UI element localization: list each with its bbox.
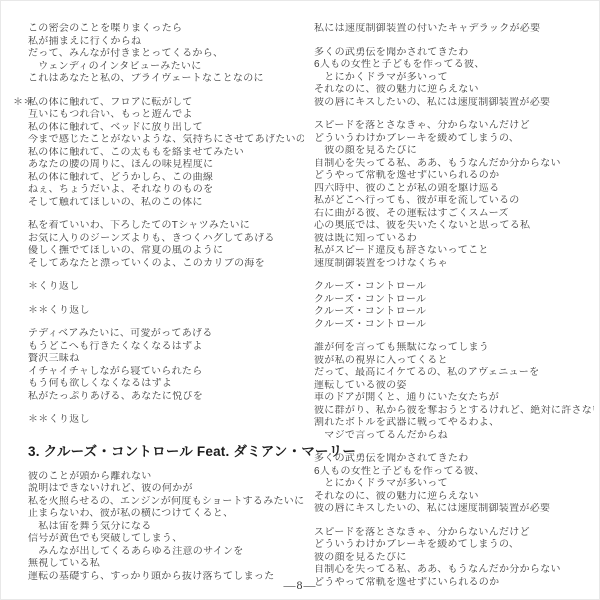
lyric-line: 私がたっぷりあげる、あなたに悦びを (28, 391, 304, 404)
lyric-line: もうどこへも行きたくなくなるはずよ (28, 341, 304, 354)
lyric-line: マジで言ってるんだからね (314, 430, 594, 443)
lyric-stanza: 誰が何を言っても無駄になってしまう彼が私の視界に入ってくるとだって、最高にイケて… (314, 342, 594, 442)
lyric-line: 彼が私の視界に入ってくると (314, 355, 594, 368)
lyric-line: ねぇ、ちょうだいよ、それなりのものを (28, 184, 304, 197)
lyric-line: 無視している私 (28, 558, 304, 571)
lyric-line: 彼のことが頭から離れない (28, 471, 304, 484)
lyric-line: だって、最高にイケてるの、私のアヴェニューを (314, 367, 594, 380)
lyrics-booklet-page: この密会のことを喋りまくったら私が捕まえに行くからねだって、みんなが付きまとって… (0, 0, 600, 600)
lyric-line: 右に曲がる彼、その運転はすごくスムーズ (314, 208, 594, 221)
lyric-line: ウェンディのインタビューみたいに (28, 61, 304, 74)
lyric-line: ＊＊くり返し (28, 305, 304, 318)
lyric-line: 車のドアが開くと、通りにいた女たちが (314, 392, 594, 405)
lyric-line: ＊＊くり返し (28, 414, 304, 427)
lyric-line: クルーズ・コントロール (314, 281, 594, 294)
lyric-line: 信号が黄色でも突破してしまう、 (28, 533, 304, 546)
lyric-line: 説明はできないけれど、彼の何かが (28, 483, 304, 496)
lyric-stanza: ＊＊くり返し (28, 414, 304, 427)
left-column: この密会のことを喋りまくったら私が捕まえに行くからねだって、みんなが付きまとって… (28, 23, 304, 589)
lyric-line: 彼の唇にキスしたいの、私には速度制御装置が必要 (314, 503, 594, 516)
lyric-line: 運転している彼の姿 (314, 380, 594, 393)
page-number: —8— (1, 578, 599, 593)
lyric-stanza: ＊＊私の体に触れて、フロアに転がして互いにもつれ合い、もっと遊んでよ私の体に触れ… (28, 97, 304, 210)
lyric-line: どういうわけかブレーキを緩めてしまうの、 (314, 133, 594, 146)
lyric-stanza: 多くの武勇伝を聞かされてきたわ6人もの女性と子どもを作ってる彼、 とにかくドラマ… (314, 47, 594, 110)
lyric-line: 私の体に触れて、この太ももを絡ませてみたい (28, 147, 304, 160)
lyric-line: 割れたボトルを武器に戦ってやるわよ、 (314, 417, 594, 430)
lyric-line: みんなが出してくるあらゆる注意のサインを (28, 546, 304, 559)
lyric-line: クルーズ・コントロール (314, 294, 594, 307)
lyric-line: 速度制御装置をつけなくちゃ (314, 258, 594, 271)
lyric-line: もう何も欲しくなくなるはずよ (28, 378, 304, 391)
lyric-line: スピードを落とさなきゃ、分からないんだけど (314, 120, 594, 133)
lyric-stanza: 私を着ていいわ、下ろしたてのTシャツみたいにお気に入りのジーンズよりも、きつくハ… (28, 220, 304, 270)
lyric-line: 私が捕まえに行くからね (28, 36, 304, 49)
lyric-line: 彼の顔を見るたびに (314, 552, 594, 565)
lyric-line: あなたの腰の周りに、ほんの味見程度に (28, 159, 304, 172)
lyric-line: ＊くり返し (28, 281, 304, 294)
lyric-stanza: テディベアみたいに、可愛がってあげるもうどこへも行きたくなくなるはずよ贅沢三昧ね… (28, 328, 304, 403)
song-title-heading: 3. クルーズ・コントロール Feat. ダミアン・マーリー (28, 443, 304, 460)
lyric-line: どうやって常軌を逸せずにいられるのか (314, 170, 594, 183)
lyric-line: それなのに、彼の魅力に逆らえない (314, 491, 594, 504)
lyric-stanza: クルーズ・コントロールクルーズ・コントロールクルーズ・コントロールクルーズ・コン… (314, 281, 594, 331)
lyric-line: 今まで感じたことがないような、気持ちにさせてあげたいの (28, 134, 304, 147)
lyric-stanza: この密会のことを喋りまくったら私が捕まえに行くからねだって、みんなが付きまとって… (28, 23, 304, 86)
lyric-line: 私を火照らせるの、エンジンが何度もショートするみたいに (28, 496, 304, 509)
lyric-line: 私の体に触れて、どうかしら、この曲線 (28, 172, 304, 185)
lyric-line: 私の体に触れて、フロアに転がして (28, 97, 304, 110)
lyric-line: それなのに、彼の魅力に逆らえない (314, 84, 594, 97)
lyric-line: 多くの武勇伝を聞かされてきたわ (314, 453, 594, 466)
lyric-line: とにかくドラマが多いって (314, 478, 594, 491)
lyric-line: とにかくドラマが多いって (314, 72, 594, 85)
lyric-line: 私を着ていいわ、下ろしたてのTシャツみたいに (28, 220, 304, 233)
lyric-line: 互いにもつれ合い、もっと遊んでよ (28, 109, 304, 122)
lyric-line: 優しく撫でてほしいの、常夏の風のように (28, 245, 304, 258)
lyric-line: 私がスピード違反も辞さないってこと (314, 245, 594, 258)
lyric-stanza: スピードを落とさなきゃ、分からないんだけどどういうわけかブレーキを緩めてしまうの… (314, 120, 594, 270)
lyric-line: これはあなたと私の、プライヴェートなことなのに (28, 73, 304, 86)
lyric-line: お気に入りのジーンズよりも、きつくハグしてあげる (28, 233, 304, 246)
lyric-line: クルーズ・コントロール (314, 306, 594, 319)
lyric-line: スピードを落とさなきゃ、分からないんだけど (314, 527, 594, 540)
lyric-line: 多くの武勇伝を聞かされてきたわ (314, 47, 594, 60)
lyric-stanza: 多くの武勇伝を聞かされてきたわ6人もの女性と子どもを作ってる彼、 とにかくドラマ… (314, 453, 594, 516)
lyric-stanza: 彼のことが頭から離れない説明はできないけれど、彼の何かが私を火照らせるの、エンジ… (28, 471, 304, 584)
lyric-line: この密会のことを喋りまくったら (28, 23, 304, 36)
lyric-line: だって、みんなが付きまとってくるから、 (28, 48, 304, 61)
lyric-line: 心の奥底では、彼を失いたくないと思ってる私 (314, 220, 594, 233)
lyric-line: そしてあなたと漂っていくのよ、このカリブの海を (28, 258, 304, 271)
lyric-line: 彼は既に知っているわ (314, 233, 594, 246)
lyric-line: 私は宙を舞う気分になる (28, 521, 304, 534)
lyric-line: 自制心を失ってる私、ああ、もうなんだか分からない (314, 564, 594, 577)
repeat-marker: ＊＊ (13, 97, 34, 110)
lyric-line: 贅沢三昧ね (28, 353, 304, 366)
right-column: 私には速度制御装置の付いたキャデラックが必要多くの武勇伝を聞かされてきたわ6人も… (314, 23, 594, 589)
lyric-stanza: ＊くり返し (28, 281, 304, 294)
lyric-line: 彼の唇にキスしたいの、私には速度制御装置が必要 (314, 97, 594, 110)
lyric-line: 誰が何を言っても無駄になってしまう (314, 342, 594, 355)
lyric-line: 止まらないわ、彼が私の横につけてくると、 (28, 508, 304, 521)
lyric-line: クルーズ・コントロール (314, 319, 594, 332)
lyric-line: そして触れてほしいの、私のこの体に (28, 197, 304, 210)
lyric-line: 私の体に触れて、ベッドに放り出して (28, 122, 304, 135)
lyric-line: 私がどこへ行っても、彼が車を流しているの (314, 195, 594, 208)
lyric-line: イチャイチャしながら寝ていられたら (28, 366, 304, 379)
lyric-line: 私には速度制御装置の付いたキャデラックが必要 (314, 23, 594, 36)
lyric-line: 6人もの女性と子どもを作ってる彼、 (314, 59, 594, 72)
lyric-line: 6人もの女性と子どもを作ってる彼、 (314, 466, 594, 479)
lyric-line: テディベアみたいに、可愛がってあげる (28, 328, 304, 341)
lyric-line: 四六時中、彼のことが私の頭を駆け巡る (314, 183, 594, 196)
lyric-line: 彼の顔を見るたびに (314, 145, 594, 158)
lyric-line: 彼に群がり、私から彼を奪おうとするけれど、絶対に許さない (314, 405, 594, 418)
lyric-stanza: 私には速度制御装置の付いたキャデラックが必要 (314, 23, 594, 36)
lyrics-columns: この密会のことを喋りまくったら私が捕まえに行くからねだって、みんなが付きまとって… (1, 1, 599, 589)
lyric-stanza: ＊＊くり返し (28, 305, 304, 318)
lyric-line: 自制心を失ってる私、ああ、もうなんだか分からない (314, 158, 594, 171)
lyric-line: どういうわけかブレーキを緩めてしまうの、 (314, 539, 594, 552)
